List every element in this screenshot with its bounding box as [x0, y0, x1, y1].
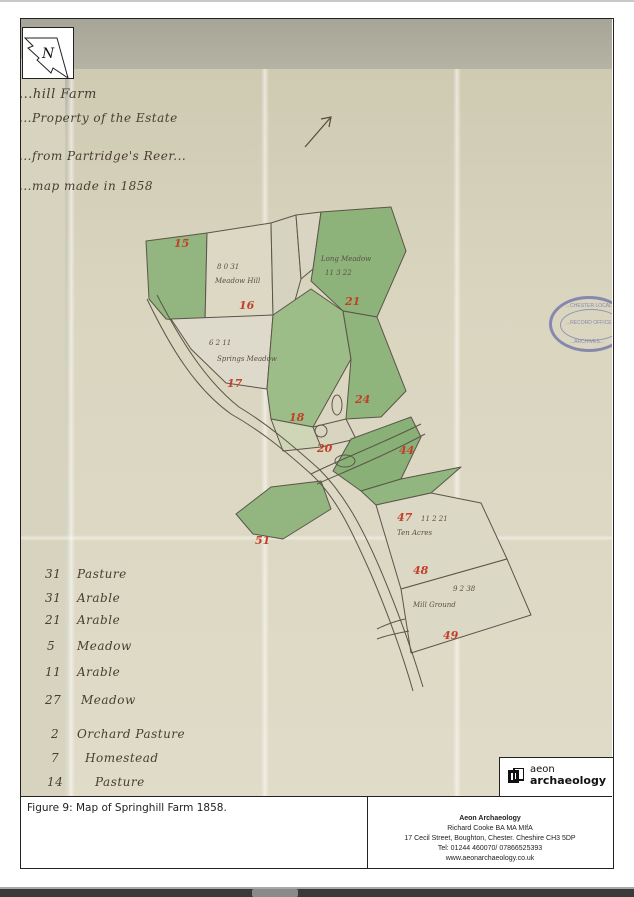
caption-bar: Figure 9: Map of Springhill Farm 1858. A… [21, 796, 612, 868]
schedule-use: Meadow [77, 639, 132, 653]
field-number: 16 [239, 299, 254, 312]
field-number: 51 [255, 534, 270, 547]
schedule-use: Arable [77, 613, 120, 627]
schedule-use: Arable [77, 665, 120, 679]
north-arrow-icon: N [23, 28, 73, 78]
company-address: 17 Cecil Street, Boughton, Chester. Ches… [368, 834, 612, 844]
company-name: Aeon Archaeology [368, 814, 612, 824]
company-person: Richard Cooke BA MA MIfA [368, 824, 612, 834]
schedule-use: Pasture [77, 567, 127, 581]
schedule-num: 27 [45, 693, 61, 707]
document-page: ...hill Farm ...Property of the Estate .… [0, 2, 634, 887]
field-label: Springs Meadow [217, 355, 277, 363]
schedule-use: Arable [77, 591, 120, 605]
field-number: 44 [399, 444, 414, 457]
north-label: N [41, 46, 55, 62]
map-north-arrow-icon [305, 117, 331, 147]
schedule-num: 11 [45, 665, 61, 679]
schedule-use: Orchard Pasture [77, 727, 185, 741]
field-label: Long Meadow [321, 255, 371, 263]
field-area: 8 0 31 [217, 263, 239, 271]
field-label: Meadow Hill [215, 277, 260, 285]
company-website[interactable]: www.aeonarchaeology.co.uk [368, 854, 612, 864]
caption-cell: Figure 9: Map of Springhill Farm 1858. [21, 797, 368, 869]
map-photograph: ...hill Farm ...Property of the Estate .… [21, 19, 612, 796]
field-area: 11 3 22 [325, 269, 352, 277]
field-number: 17 [227, 377, 242, 390]
field-number: 21 [345, 295, 360, 308]
schedule-num: 31 [45, 567, 61, 581]
field-number: 18 [289, 411, 304, 424]
company-logo: aeon archaeology [499, 757, 613, 796]
scrollbar-thumb[interactable] [252, 889, 298, 897]
field-number: 49 [443, 629, 458, 642]
field-number: 48 [413, 564, 428, 577]
company-tel: Tel: 01244 460070/ 07866525393 [368, 844, 612, 854]
north-arrow-box: N [22, 27, 74, 79]
schedule-num: 7 [51, 751, 59, 765]
schedule-num: 14 [47, 775, 63, 789]
schedule-num: 5 [47, 639, 55, 653]
field-number: 24 [355, 393, 370, 406]
company-details: Aeon Archaeology Richard Cooke BA MA MIf… [368, 797, 612, 869]
aeon-logo-mark-icon [508, 768, 524, 785]
schedule-use: Meadow [81, 693, 136, 707]
stamp-text: ...ARCHIVES... [570, 339, 604, 345]
field-number: 15 [174, 237, 189, 250]
field-area: 11 2 21 [421, 515, 448, 523]
logo-line-2: archaeology [530, 775, 606, 786]
figure-caption: Figure 9: Map of Springhill Farm 1858. [27, 802, 227, 814]
field-label: Mill Ground [413, 601, 456, 609]
field-number: 47 [397, 511, 412, 524]
field-label: Ten Acres [397, 529, 432, 537]
field-number: 20 [317, 442, 332, 455]
stamp-text: ...CHESTER LOCAL... [566, 303, 612, 309]
viewer-bottom-bar [0, 887, 634, 897]
figure-frame: ...hill Farm ...Property of the Estate .… [20, 18, 614, 869]
estate-map-drawing [21, 19, 612, 796]
field-area: 9 2 38 [453, 585, 475, 593]
schedule-num: 2 [51, 727, 59, 741]
schedule-use: Pasture [95, 775, 145, 789]
field-area: 6 2 11 [209, 339, 231, 347]
schedule-use: Homestead [85, 751, 159, 765]
schedule-num: 31 [45, 591, 61, 605]
stamp-text: ...RECORD OFFICE... [566, 320, 612, 326]
schedule-num: 21 [45, 613, 61, 627]
